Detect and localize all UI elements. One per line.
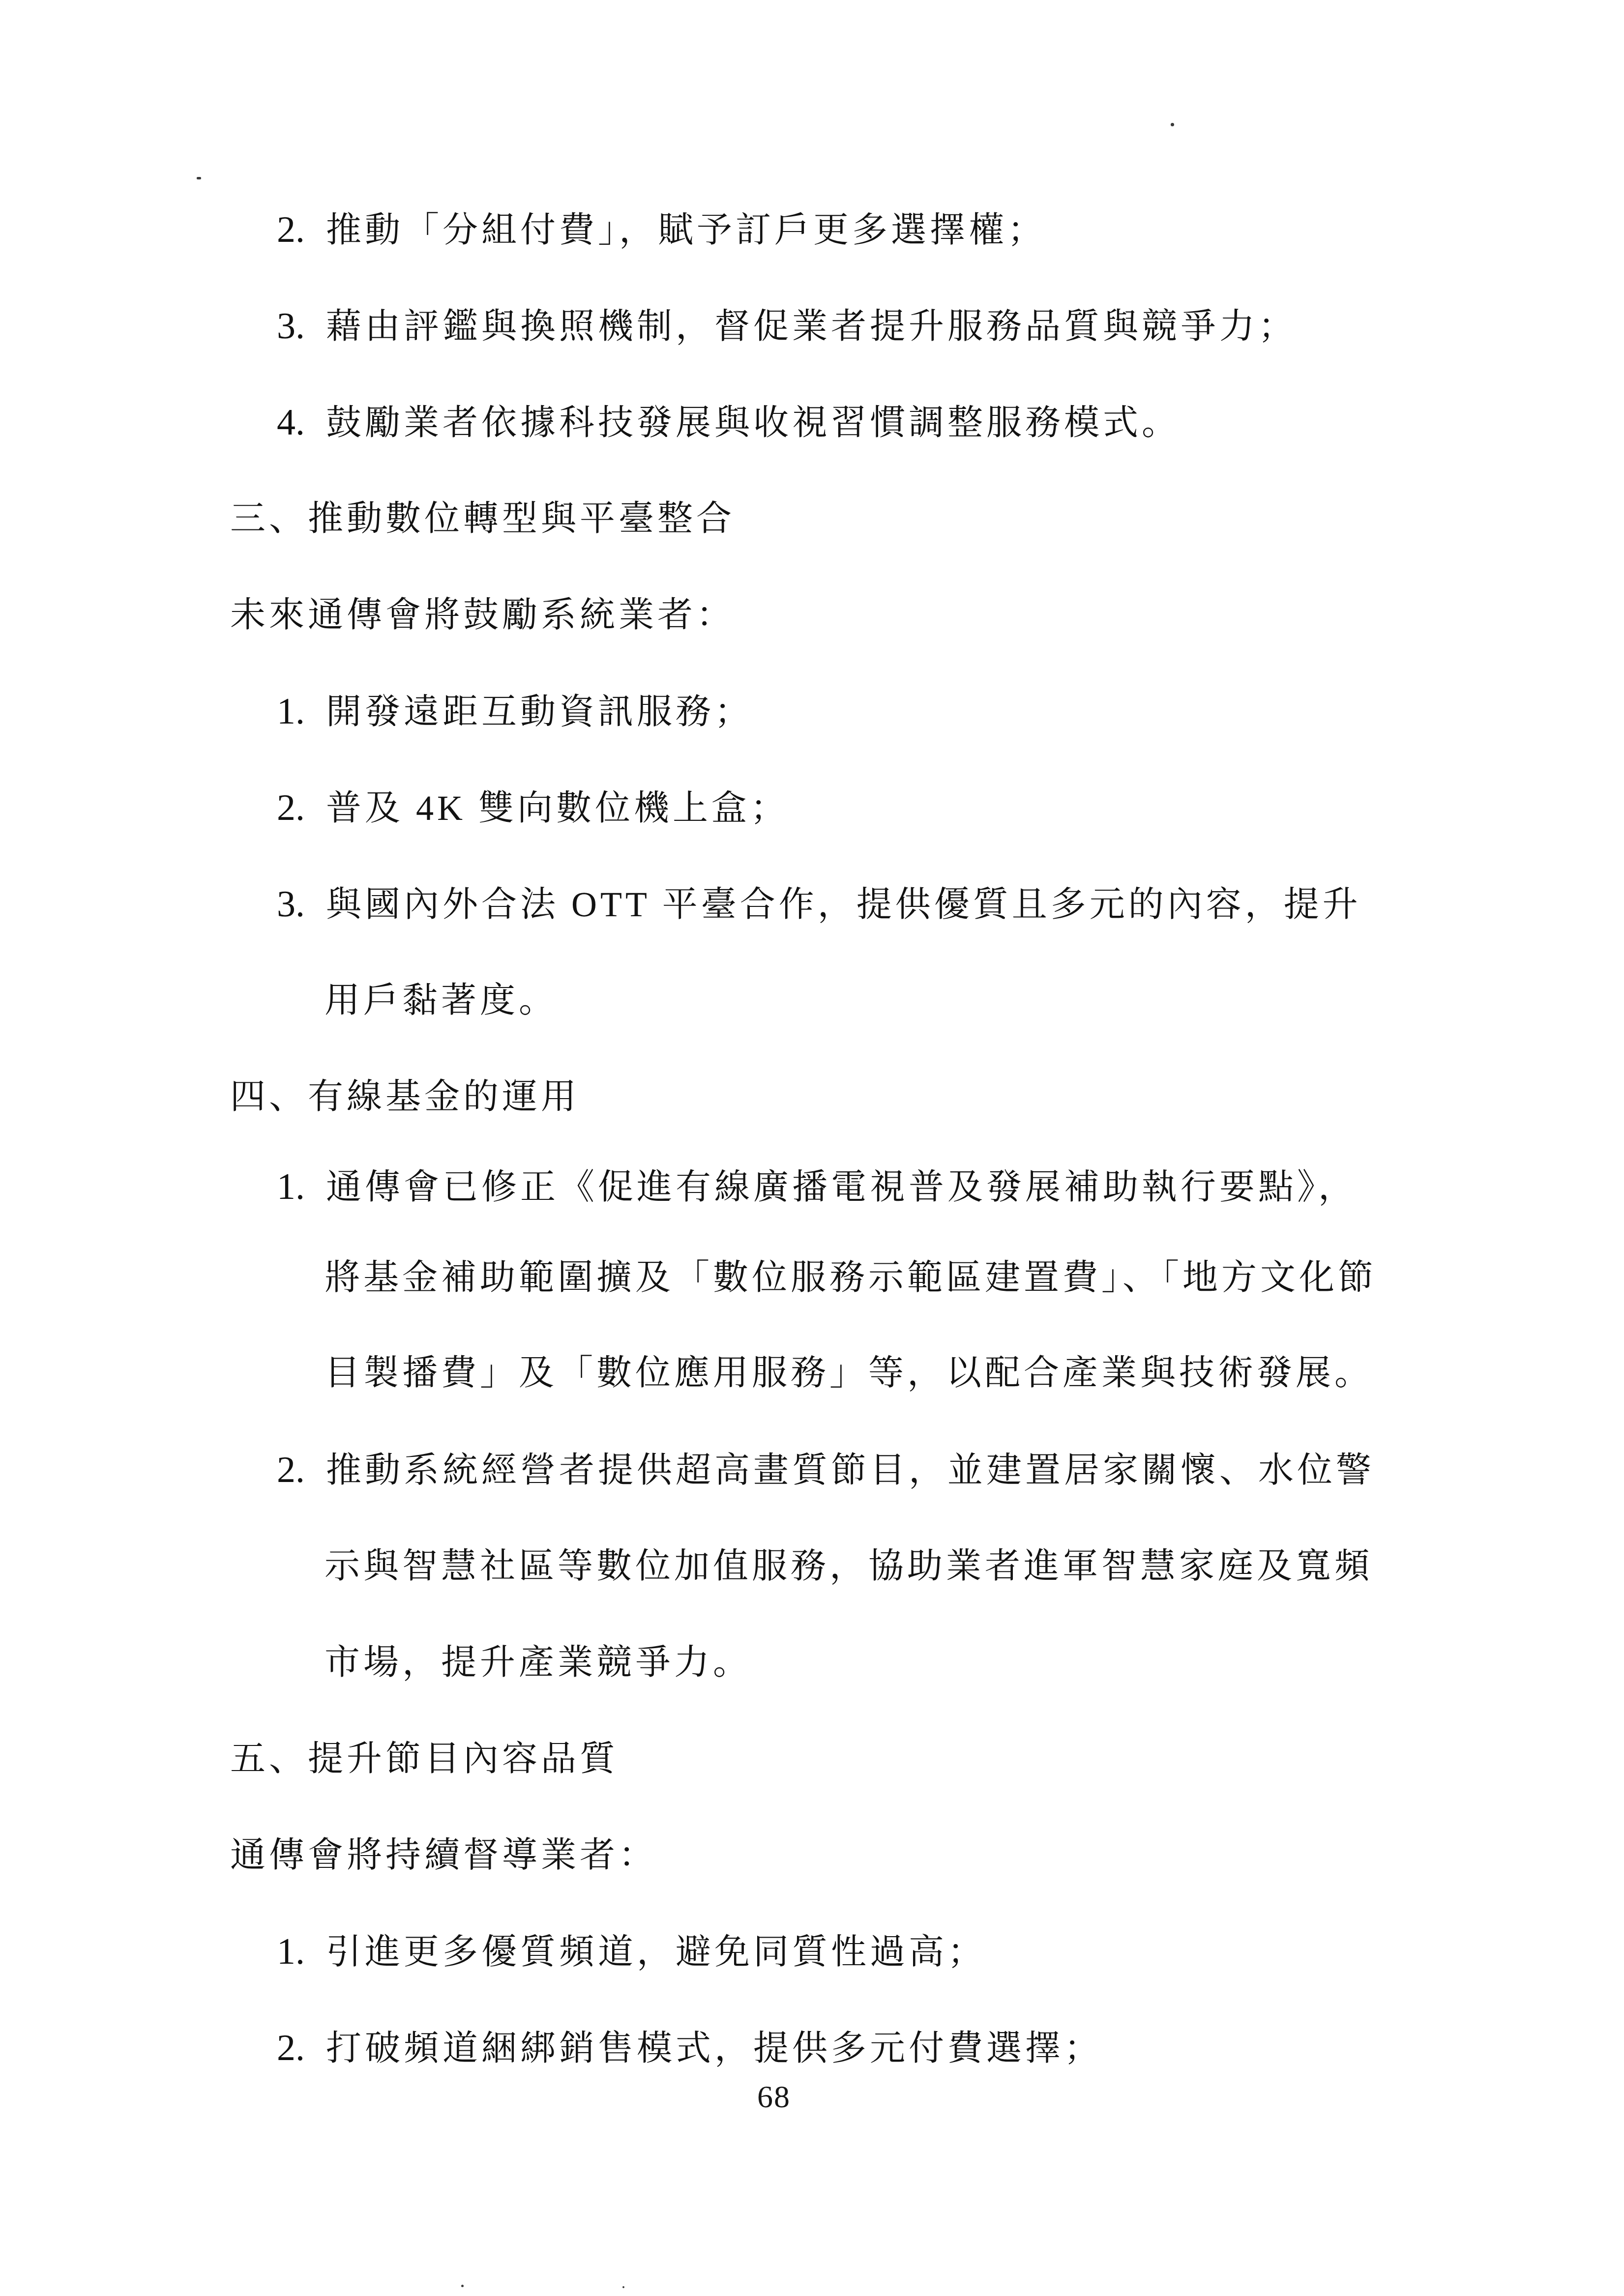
list-item-number: 1. — [277, 1928, 326, 1975]
list-item-text: 推動系統經營者提供超高畫質節目，並建置居家關懷、水位警 — [326, 1451, 1375, 1490]
list-item-text: 與國內外合法 OTT 平臺合作，提供優質且多元的內容，提升 — [326, 885, 1361, 924]
scan-noise-speck — [622, 2286, 624, 2288]
scan-noise-speck — [461, 2285, 464, 2287]
list-item: 2.打破頻道綑綁銷售模式，提供多元付費選擇； — [277, 2024, 1103, 2072]
list-item-text: 引進更多優質頻道，避免同質性過高； — [326, 1932, 986, 1972]
list-item-number: 1. — [277, 1163, 326, 1210]
list-item-number: 2. — [277, 1446, 326, 1493]
list-item-text: 藉由評鑑與換照機制，督促業者提升服務品質與競爭力； — [326, 307, 1297, 346]
list-item: 2.普及 4K 雙向數位機上盒； — [277, 784, 789, 832]
section-heading: 四、有線基金的運用 — [230, 1073, 580, 1120]
list-item-number: 3. — [277, 880, 326, 928]
list-item-number: 4. — [277, 399, 326, 446]
page-number: 68 — [757, 2077, 791, 2117]
list-item: 3.與國內外合法 OTT 平臺合作，提供優質且多元的內容，提升 — [277, 880, 1361, 928]
list-item: 1.開發遠距互動資訊服務； — [277, 688, 753, 735]
list-item-text: 通傳會已修正《促進有線廣播電視普及發展補助執行要點》， — [326, 1167, 1357, 1207]
list-item-number: 3. — [277, 302, 326, 349]
list-item: 1.通傳會已修正《促進有線廣播電視普及發展補助執行要點》， — [277, 1163, 1357, 1211]
list-item-number: 2. — [277, 2024, 326, 2071]
list-item: 2.推動系統經營者提供超高畫質節目，並建置居家關懷、水位警 — [277, 1446, 1375, 1494]
list-item-text: 打破頻道綑綁銷售模式，提供多元付費選擇； — [326, 2029, 1103, 2068]
list-item-number: 2. — [277, 206, 326, 253]
list-item-text: 開發遠距互動資訊服務； — [326, 692, 753, 731]
list-item-number: 1. — [277, 688, 326, 735]
continuation-line: 用戶黏著度。 — [325, 977, 558, 1024]
list-item-number: 2. — [277, 784, 326, 831]
paragraph: 未來通傳會將鼓勵系統業者： — [230, 591, 735, 639]
list-item: 1.引進更多優質頻道，避免同質性過高； — [277, 1928, 986, 1976]
continuation-line: 市場，提升產業競爭力。 — [325, 1639, 752, 1686]
list-item-text: 普及 4K 雙向數位機上盒； — [326, 788, 789, 828]
list-item: 4.鼓勵業者依據科技發展與收視習慣調整服務模式。 — [277, 399, 1181, 446]
list-item-text: 鼓勵業者依據科技發展與收視習慣調整服務模式。 — [326, 403, 1181, 442]
continuation-line: 示與智慧社區等數位加值服務，協助業者進軍智慧家庭及寬頻 — [325, 1542, 1373, 1590]
list-item-text: 推動「分組付費」，賦予訂戶更多選擇權； — [326, 210, 1046, 250]
section-heading: 三、推動數位轉型與平臺整合 — [230, 495, 735, 542]
scan-noise-speck — [1171, 123, 1174, 126]
continuation-line: 目製播費」及「數位應用服務」等，以配合產業與技術發展。 — [325, 1349, 1373, 1396]
continuation-line: 將基金補助範圍擴及「數位服務示範區建置費」、「地方文化節 — [325, 1254, 1377, 1301]
section-heading: 五、提升節目內容品質 — [230, 1735, 619, 1782]
scan-noise-speck — [197, 177, 201, 179]
list-item: 3.藉由評鑑與換照機制，督促業者提升服務品質與競爭力； — [277, 302, 1297, 350]
paragraph: 通傳會將持續督導業者： — [230, 1831, 657, 1879]
scanned-document-page: 2.推動「分組付費」，賦予訂戶更多選擇權； 3.藉由評鑑與換照機制，督促業者提升… — [0, 0, 1624, 2296]
list-item: 2.推動「分組付費」，賦予訂戶更多選擇權； — [277, 206, 1046, 254]
